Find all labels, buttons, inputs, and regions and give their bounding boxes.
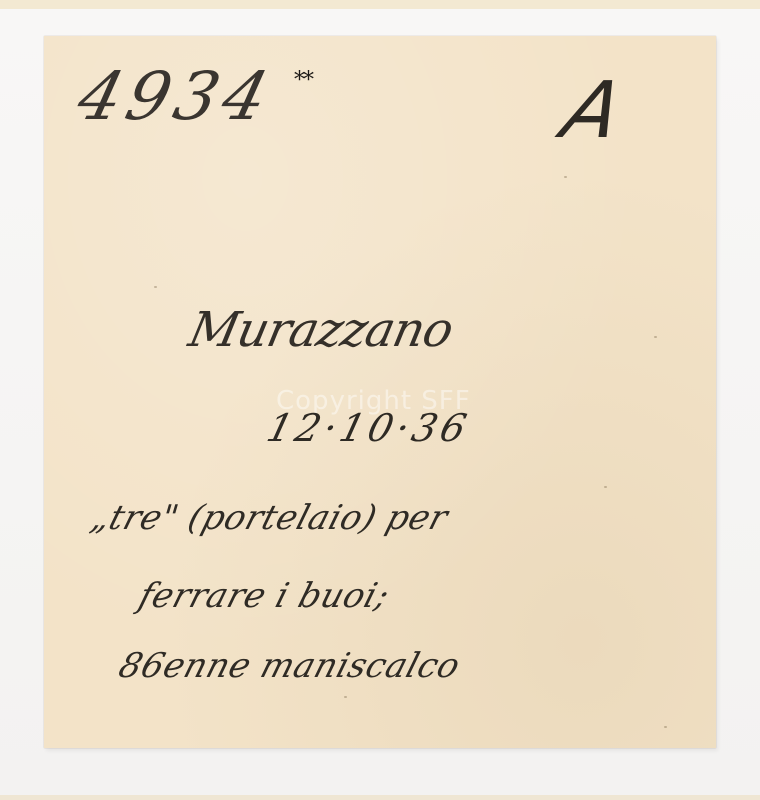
paper-speck <box>604 486 607 488</box>
catalog-star-marks: ** <box>294 68 312 93</box>
bottom-edge-strip <box>0 795 760 800</box>
paper-speck <box>664 726 667 728</box>
series-letter: A <box>553 66 633 156</box>
paper-speck <box>564 176 567 178</box>
note-line-1: „tre" (portelaio) per <box>86 498 452 538</box>
top-edge-strip <box>0 0 760 9</box>
paper-speck <box>344 696 347 698</box>
catalog-number: 4934 <box>70 58 281 135</box>
archive-card: 4934 ** A Murazzano Copyright SFF 12·10·… <box>44 36 716 748</box>
note-line-2: ferrare i buoi; <box>134 576 394 616</box>
date: 12·10·36 <box>263 406 475 450</box>
place-name: Murazzano <box>184 302 458 358</box>
paper-speck <box>654 336 657 338</box>
paper-speck <box>154 286 157 288</box>
note-line-3: 86enne maniscalco <box>114 646 465 686</box>
